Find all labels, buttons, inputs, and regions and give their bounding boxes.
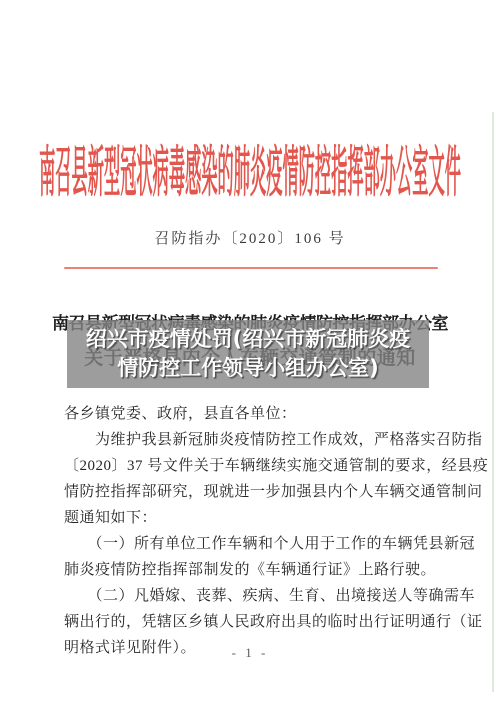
- body-line: 各乡镇党委、政府，县直各单位：: [64, 401, 444, 427]
- page-edge-line: [492, 112, 494, 692]
- body-line: 肺炎疫情防控指挥部制发的《车辆通行证》上路行驶。: [64, 557, 444, 583]
- body-line: 辆出行的，凭辖区乡镇人民政府出具的临时出行证明通行（证: [64, 609, 444, 635]
- caption-overlay-band: 绍兴市疫情处罚(绍兴市新冠肺炎疫 情防控工作领导小组办公室): [67, 320, 429, 388]
- body-line: （一）所有单位工作车辆和个人用于工作的车辆凭县新冠: [64, 531, 444, 557]
- document-body: 各乡镇党委、政府，县直各单位： 为维护我县新冠肺炎疫情防控工作成效，严格落实召防…: [64, 401, 444, 661]
- body-line: 题通知如下：: [64, 505, 444, 531]
- red-divider-rule: [64, 267, 438, 269]
- caption-line2: 情防控工作领导小组办公室): [117, 354, 379, 383]
- body-line: 为维护我县新冠肺炎疫情防控工作成效，严格落实召防指: [64, 427, 444, 453]
- body-line: 〔2020〕37 号文件关于车辆继续实施交通管制的要求，经县疫: [64, 453, 444, 479]
- caption-line1: 绍兴市疫情处罚(绍兴市新冠肺炎疫: [86, 325, 411, 354]
- letterhead-banner: 南召县新型冠状病毒感染的肺炎疫情防控指挥部办公室文件: [0, 140, 500, 204]
- body-line: （二）凡婚嫁、丧葬、疾病、生育、出境接送人等确需车: [64, 583, 444, 609]
- document-page: { "doc": { "letterhead": "南召县新型冠状病毒感染的肺炎…: [0, 0, 500, 707]
- letterhead-text: 南召县新型冠状病毒感染的肺炎疫情防控指挥部办公室文件: [39, 142, 461, 202]
- document-number: 召防指办〔2020〕106 号: [0, 227, 500, 248]
- page-number: - 1 -: [0, 645, 500, 661]
- body-line: 情防控指挥部研究，现就进一步加强县内个人车辆交通管制问: [64, 479, 444, 505]
